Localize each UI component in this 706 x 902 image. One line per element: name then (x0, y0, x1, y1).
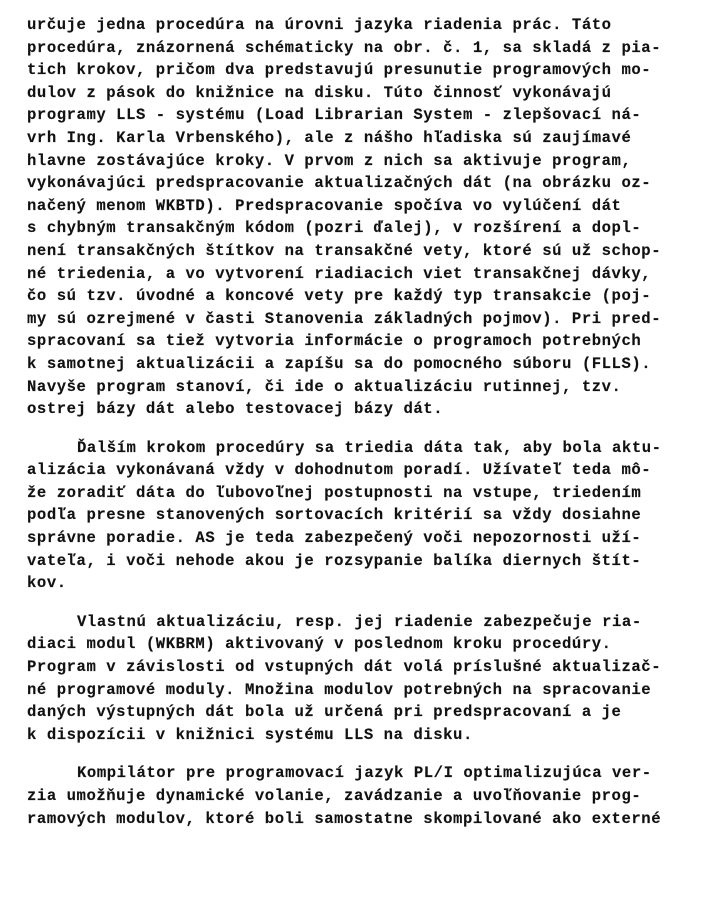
text-line: diaci modul (WKBRM) aktivovaný v posledn… (27, 633, 697, 656)
text-line: hlavne zostávajúce kroky. V prvom z nich… (27, 150, 697, 173)
typewritten-page: určuje jedna procedúra na úrovni jazyka … (27, 14, 697, 830)
paragraph-3: Vlastnú aktualizáciu, resp. jej riadenie… (27, 611, 697, 747)
text-line: není transakčných štítkov na transakčné … (27, 240, 697, 263)
text-line: k dispozícii v knižnici systému LLS na d… (27, 724, 697, 747)
text-line: zia umožňuje dynamické volanie, zavádzan… (27, 785, 697, 808)
text-line: Kompilátor pre programovací jazyk PL/I o… (27, 762, 697, 785)
paragraph-spacer (27, 421, 697, 437)
text-line: správne poradie. AS je teda zabezpečený … (27, 527, 697, 550)
text-line: čo sú tzv. úvodné a koncové vety pre kaž… (27, 285, 697, 308)
text-line: dulov z pások do knižnice na disku. Túto… (27, 82, 697, 105)
text-line: načený menom WKBTD). Predspracovanie spo… (27, 195, 697, 218)
text-line: že zoradiť dáta do ľubovoľnej postupnost… (27, 482, 697, 505)
text-line: Navyše program stanoví, či ide o aktuali… (27, 376, 697, 399)
text-line: procedúra, znázornená schématicky na obr… (27, 37, 697, 60)
text-line: tich krokov, pričom dva predstavujú pres… (27, 59, 697, 82)
paragraph-1: určuje jedna procedúra na úrovni jazyka … (27, 14, 697, 421)
text-line: ramových modulov, ktoré boli samostatne … (27, 808, 697, 831)
text-line: Vlastnú aktualizáciu, resp. jej riadenie… (27, 611, 697, 634)
text-line: Ďalším krokom procedúry sa triedia dáta … (27, 437, 697, 460)
text-line: programy LLS - systému (Load Librarian S… (27, 104, 697, 127)
text-line: k samotnej aktualizácii a zapíšu sa do p… (27, 353, 697, 376)
paragraph-spacer (27, 595, 697, 611)
text-line: alizácia vykonávaná vždy v dohodnutom po… (27, 459, 697, 482)
text-line: Program v závislosti od vstupných dát vo… (27, 656, 697, 679)
text-line: vykonávajúci predspracovanie aktualizačn… (27, 172, 697, 195)
text-line: my sú ozrejmené v časti Stanovenia zákla… (27, 308, 697, 331)
text-line: vrh Ing. Karla Vrbenského), ale z nášho … (27, 127, 697, 150)
text-line: né programové moduly. Množina modulov po… (27, 679, 697, 702)
paragraph-2: Ďalším krokom procedúry sa triedia dáta … (27, 437, 697, 595)
paragraph-4: Kompilátor pre programovací jazyk PL/I o… (27, 762, 697, 830)
text-line: kov. (27, 572, 697, 595)
paragraph-spacer (27, 746, 697, 762)
text-line: vateľa, i voči nehode akou je rozsypanie… (27, 550, 697, 573)
text-line: určuje jedna procedúra na úrovni jazyka … (27, 14, 697, 37)
text-line: spracovaní sa tiež vytvoria informácie o… (27, 330, 697, 353)
text-line: né triedenia, a vo vytvorení riadiacich … (27, 263, 697, 286)
text-line: daných výstupných dát bola už určená pri… (27, 701, 697, 724)
text-line: s chybným transakčným kódom (pozri ďalej… (27, 217, 697, 240)
text-line: podľa presne stanovených sortovacích kri… (27, 504, 697, 527)
text-line: ostrej bázy dát alebo testovacej bázy dá… (27, 398, 697, 421)
